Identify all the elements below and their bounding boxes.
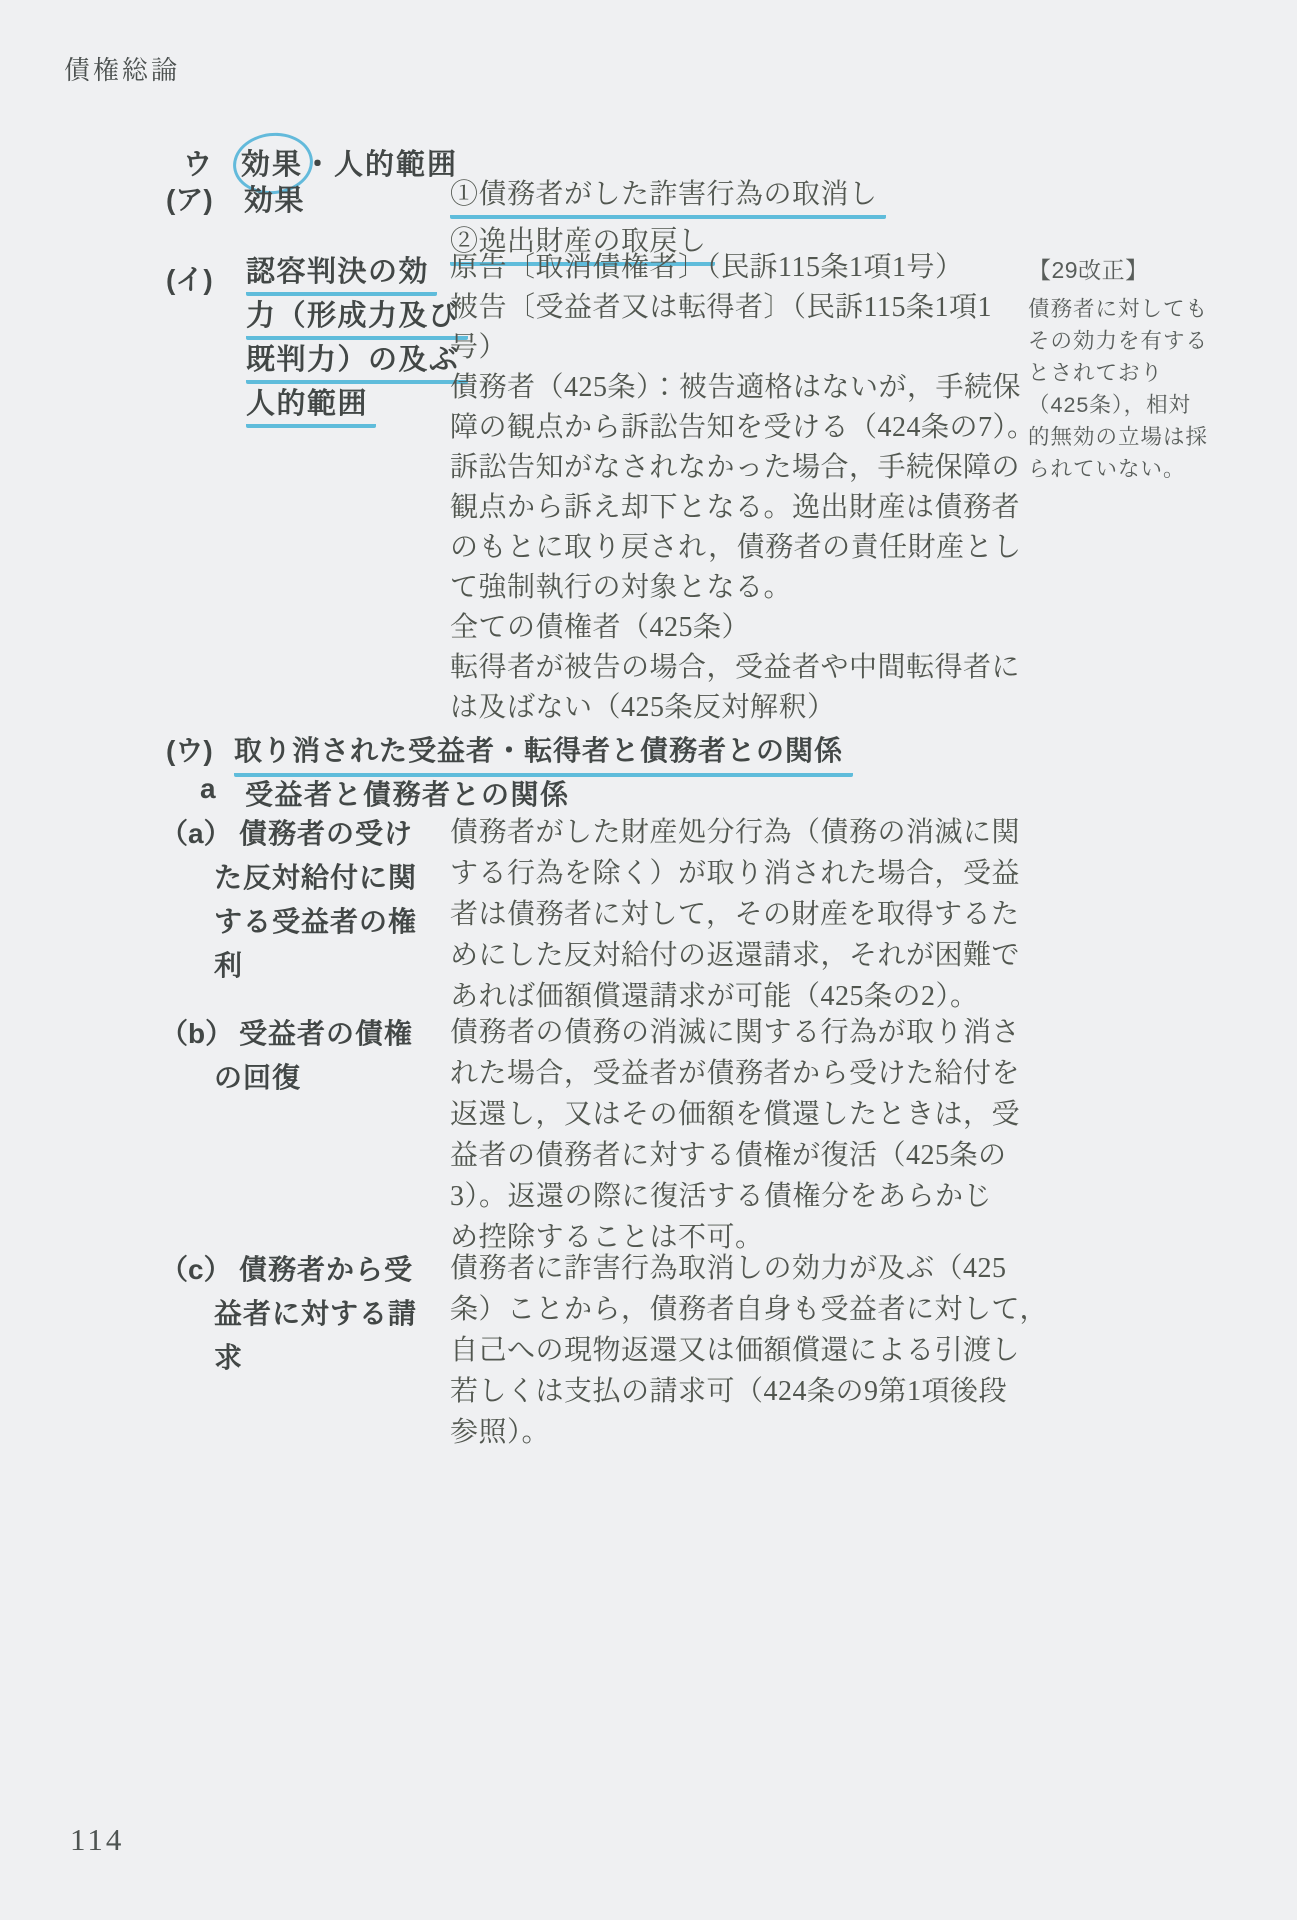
- item-c-label: 債務者から受 益者に対する請 求: [214, 1248, 429, 1380]
- page-number: 114: [70, 1822, 124, 1858]
- row-i-body: 原告〔取消債権者〕（民訴115条1項1号） 被告〔受益者又は転得者〕（民訴115…: [450, 248, 1055, 728]
- effect-item-text: ①債務者がした詐害行為の取消し: [450, 178, 886, 219]
- row-i-marker: (イ): [166, 258, 213, 298]
- label-line: 認容判決の効: [246, 254, 468, 298]
- heading-u-rest: ・人的範囲: [303, 149, 458, 181]
- label-line-text: 力（形成力及び: [246, 298, 468, 340]
- label-line-text: 認容判決の効: [246, 254, 437, 296]
- row-wu-heading-text: 取り消された受益者・転得者と債務者との関係: [234, 729, 853, 777]
- body-paragraph: 全ての債権者（425条）: [450, 608, 1055, 648]
- label-line-text: 人的範囲: [246, 386, 376, 428]
- row-wu-heading: 取り消された受益者・転得者と債務者との関係: [234, 729, 853, 777]
- row-wu-marker: (ウ): [166, 729, 213, 769]
- row-i-label: 認容判決の効 力（形成力及び 既判力）の及ぶ 人的範囲: [246, 254, 468, 430]
- textbook-page: 債権総論 ウ効果・人的範囲 (ア) 効果 ①債務者がした詐害行為の取消し ②逸出…: [0, 0, 1297, 1920]
- effect-item: ①債務者がした詐害行為の取消し: [450, 178, 886, 219]
- body-paragraph: 転得者が被告の場合，受益者や中間転得者に は及ばない（425条反対解釈）: [450, 648, 1055, 728]
- row-a-label: 効果: [244, 178, 305, 219]
- item-c-body: 債務者に詐害行為取消しの効力が及ぶ（425 条）ことから，債務者自身も受益者に対…: [450, 1248, 1055, 1453]
- margin-note-body: 債務者に対しても その効力を有する とされており （425条），相対 的無効の立…: [1028, 293, 1278, 485]
- circled-term-text: 効果: [241, 149, 303, 181]
- label-line: 人的範囲: [246, 386, 468, 430]
- heading-u-row: ウ効果・人的範囲: [183, 142, 458, 183]
- heading-u-marker: ウ: [183, 149, 214, 181]
- body-paragraph: 被告〔受益者又は転得者〕（民訴115条1項1 号）: [450, 288, 1055, 368]
- sub-a-marker: a: [200, 773, 216, 805]
- margin-note-title: 【29改正】: [1028, 252, 1278, 285]
- margin-note: 【29改正】 債務者に対しても その効力を有する とされており （425条），相…: [1028, 252, 1278, 485]
- item-b-label: 受益者の債権 の回復: [214, 1012, 429, 1100]
- circled-term: 効果: [241, 142, 303, 183]
- label-line: 既判力）の及ぶ: [246, 342, 468, 386]
- label-line: 力（形成力及び: [246, 298, 468, 342]
- running-header: 債権総論: [64, 50, 180, 87]
- body-paragraph: 債務者（425条）：被告適格はないが，手続保 障の観点から訴訟告知を受ける（42…: [450, 368, 1055, 608]
- sub-a-heading: 受益者と債務者との関係: [245, 773, 570, 813]
- body-paragraph: 原告〔取消債権者〕（民訴115条1項1号）: [450, 248, 1055, 288]
- item-a-body: 債務者がした財産処分行為（債務の消滅に関 する行為を除く）が取り消された場合，受…: [450, 812, 1055, 1017]
- item-a-label: 債務者の受け た反対給付に関 する受益者の権 利: [214, 812, 429, 988]
- row-a-marker: (ア): [166, 178, 213, 218]
- label-line-text: 既判力）の及ぶ: [246, 342, 468, 384]
- item-b-body: 債務者の債務の消滅に関する行為が取り消さ れた場合，受益者が債務者から受けた給付…: [450, 1012, 1055, 1258]
